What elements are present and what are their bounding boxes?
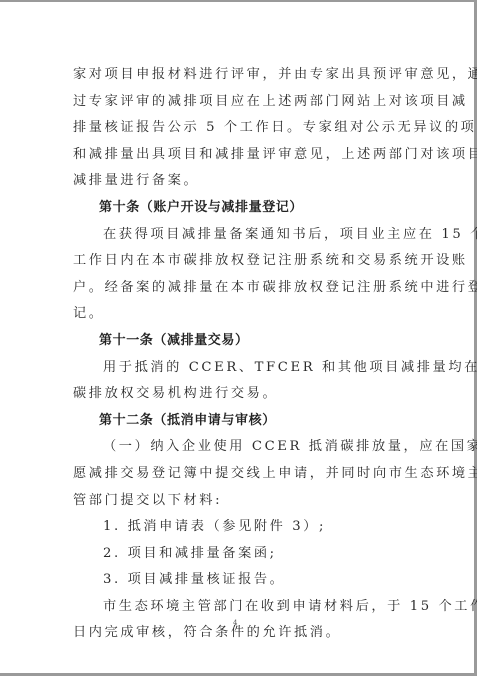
- list-item: 3. 项目减排量核证报告。: [73, 567, 413, 594]
- article-10-heading: 第十条（账户开设与减排量登记）: [73, 195, 413, 222]
- body-line: 和减排量出具项目和减排量评审意见，上述两部门对该项目: [73, 142, 413, 169]
- body-line: 碳排放权交易机构进行交易。: [73, 381, 413, 408]
- body-line: 工作日内在本市碳排放权登记注册系统和交易系统开设账: [73, 248, 413, 275]
- document-body: 家对项目申报材料进行评审，并由专家出具预评审意见，通 过专家评审的减排项目应在上…: [73, 62, 413, 647]
- list-item: 2. 项目和减排量备案函;: [73, 541, 413, 568]
- article-11-heading: 第十一条（减排量交易）: [73, 328, 413, 355]
- body-line: 市生态环境主管部门在收到申请材料后，于 15 个工作: [73, 594, 413, 621]
- body-line: （一）纳入企业使用 CCER 抵消碳排放量，应在国家自: [73, 434, 413, 461]
- page-number: 4: [233, 619, 237, 627]
- body-line: 家对项目申报材料进行评审，并由专家出具预评审意见，通: [73, 62, 413, 89]
- document-page: 家对项目申报材料进行评审，并由专家出具预评审意见，通 过专家评审的减排项目应在上…: [0, 2, 474, 673]
- body-line: 记。: [73, 301, 413, 328]
- body-line: 管部门提交以下材料:: [73, 488, 413, 515]
- body-line: 日内完成审核，符合条件的允许抵消。: [73, 620, 413, 647]
- body-line: 在获得项目减排量备案通知书后，项目业主应在 15 个: [73, 222, 413, 249]
- article-12-heading: 第十二条（抵消申请与审核）: [73, 408, 413, 435]
- list-item: 1. 抵消申请表（参见附件 3）;: [73, 514, 413, 541]
- body-line: 户。经备案的减排量在本市碳排放权登记注册系统中进行登: [73, 275, 413, 302]
- body-line: 用于抵消的 CCER、TFCER 和其他项目减排量均在本市: [73, 355, 413, 382]
- body-line: 愿减排交易登记簿中提交线上申请，并同时向市生态环境主: [73, 461, 413, 488]
- body-line: 过专家评审的减排项目应在上述两部门网站上对该项目减: [73, 89, 413, 116]
- body-line: 减排量进行备案。: [73, 168, 413, 195]
- body-line: 排量核证报告公示 5 个工作日。专家组对公示无异议的项目: [73, 115, 413, 142]
